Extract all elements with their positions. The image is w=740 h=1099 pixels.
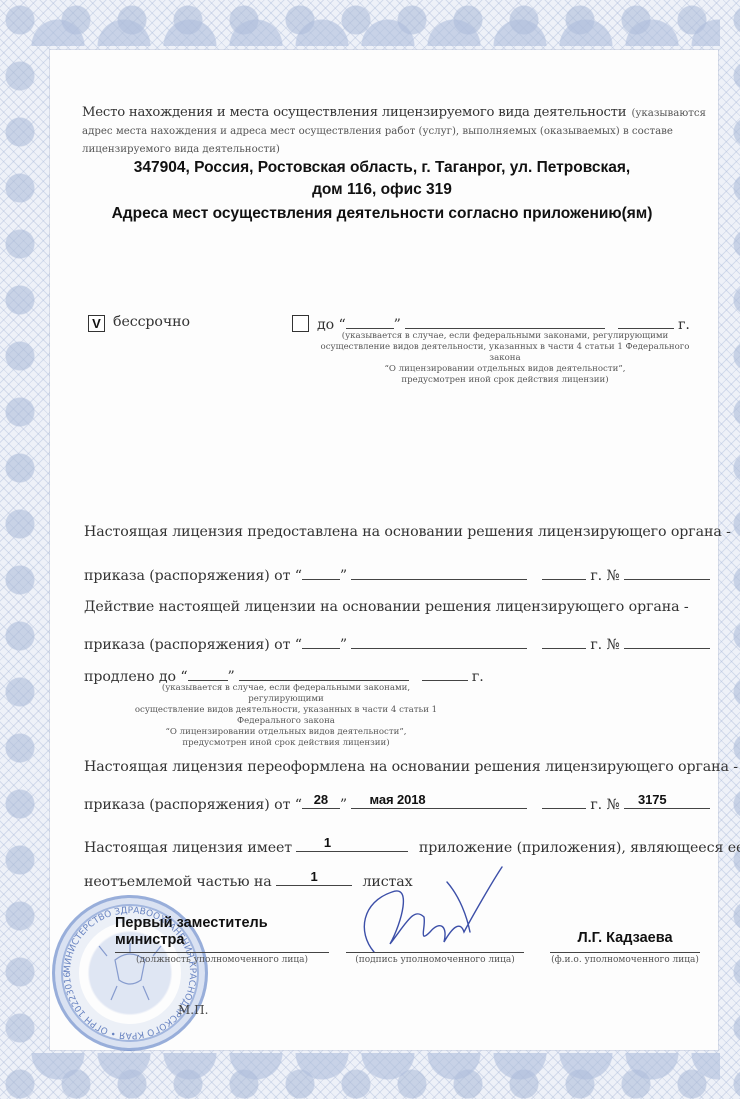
appendix-count-value: 1 — [296, 835, 358, 850]
extended-number-field[interactable] — [624, 634, 710, 649]
term-day-field[interactable] — [346, 314, 394, 329]
granted-year-field[interactable] — [542, 565, 586, 580]
extended-until-year-field[interactable] — [422, 666, 468, 681]
extended-note: (указывается в случае, если федеральными… — [126, 683, 446, 749]
granted-line: Настоящая лицензия предоставлена на осно… — [84, 524, 731, 540]
sheets-count-value: 1 — [276, 869, 352, 884]
term-note-line: “О лицензировании отдельных видов деятел… — [310, 364, 700, 375]
position-title: Первый заместитель министра — [115, 915, 268, 949]
reissued-number-value: 3175 — [624, 792, 680, 807]
sheets-count-field[interactable]: 1 — [276, 871, 352, 886]
extended-until-day-field[interactable] — [188, 666, 228, 681]
year-number-label: г. № — [590, 568, 619, 584]
year-number-label: г. № — [590, 797, 619, 813]
signature-caption: (подпись уполномоченного лица) — [346, 955, 524, 965]
extended-note-line: осуществление видов деятельности, указан… — [126, 705, 446, 727]
extended-until-month-field[interactable] — [239, 666, 409, 681]
address-line-3: Адреса мест осуществления деятельности с… — [82, 205, 682, 223]
reissued-number-field[interactable]: 3175 — [624, 794, 710, 809]
term-note: (указывается в случае, если федеральными… — [310, 331, 700, 386]
order-label: приказа (распоряжения) от — [84, 637, 290, 653]
position-title-line: министра — [115, 932, 268, 949]
handwritten-signature-icon — [352, 862, 512, 962]
open-quote: “ — [295, 637, 302, 653]
open-quote: “ — [295, 797, 302, 813]
location-heading: Место нахождения и места осуществления л… — [82, 105, 626, 120]
reissued-line: Настоящая лицензия переоформлена на осно… — [84, 759, 738, 775]
position-title-line: Первый заместитель — [115, 915, 268, 932]
close-quote: ” — [340, 637, 347, 653]
scallop-border-bottom — [30, 1053, 720, 1087]
address-line-2: дом 116, офис 319 — [82, 181, 682, 199]
extended-note-line: “О лицензировании отдельных видов деятел… — [126, 727, 446, 738]
reissued-day-field[interactable]: 28 — [302, 794, 340, 809]
term-month-field[interactable] — [405, 314, 605, 329]
address-line-1: 347904, Россия, Ростовская область, г. Т… — [82, 159, 682, 177]
name-caption: (ф.и.о. уполномоченного лица) — [550, 955, 700, 965]
year-number-label: г. № — [590, 637, 619, 653]
location-heading-block: Место нахождения и места осуществления л… — [82, 103, 722, 157]
term-note-line: осуществление видов деятельности, указан… — [310, 342, 700, 364]
extended-order-line: приказа (распоряжения) от “” г. № — [84, 634, 710, 653]
appendix-line: Настоящая лицензия имеет 1 приложение (п… — [84, 837, 740, 856]
order-label: приказа (распоряжения) от — [84, 568, 290, 584]
reissued-day-value: 28 — [302, 792, 340, 807]
extended-year-field[interactable] — [542, 634, 586, 649]
seal-label: М.П. — [178, 1003, 208, 1017]
reissued-month-field[interactable]: мая 2018 — [351, 794, 527, 809]
granted-number-field[interactable] — [624, 565, 710, 580]
until-checkbox[interactable] — [292, 315, 309, 332]
appendix-after-label: приложение (приложения), являющееся ее — [419, 840, 740, 856]
order-label: приказа (распоряжения) от — [84, 797, 290, 813]
open-quote: “ — [295, 568, 302, 584]
extended-note-line: (указывается в случае, если федеральными… — [126, 683, 446, 705]
reissued-order-line: приказа (распоряжения) от “28” мая 2018 … — [84, 794, 710, 813]
reissued-month-value: мая 2018 — [351, 792, 527, 807]
granted-order-line: приказа (распоряжения) от “” г. № — [84, 565, 710, 584]
close-quote: ” — [340, 797, 347, 813]
scallop-border-top — [30, 12, 720, 46]
extended-month-field[interactable] — [351, 634, 527, 649]
official-name: Л.Г. Кадзаева — [545, 930, 705, 946]
term-year-field[interactable] — [618, 314, 674, 329]
indefinite-label: бессрочно — [113, 314, 190, 330]
name-line — [550, 952, 700, 953]
position-line — [115, 952, 329, 953]
indefinite-checkbox[interactable]: V — [88, 315, 105, 332]
position-caption: (должность уполномоченного лица) — [115, 955, 329, 965]
term-note-line: предусмотрен иной срок действия лицензии… — [310, 375, 700, 386]
granted-month-field[interactable] — [351, 565, 527, 580]
appendix-has-label: Настоящая лицензия имеет — [84, 840, 292, 856]
term-note-line: (указывается в случае, если федеральными… — [310, 331, 700, 342]
extended-note-line: предусмотрен иной срок действия лицензии… — [126, 738, 446, 749]
close-quote: ” — [340, 568, 347, 584]
integral-label: неотъемлемой частью на — [84, 874, 272, 890]
year-suffix: г. — [472, 669, 484, 685]
appendix-count-field[interactable]: 1 — [296, 837, 408, 852]
signature-line — [346, 952, 524, 953]
granted-day-field[interactable] — [302, 565, 340, 580]
extended-line: Действие настоящей лицензии на основании… — [84, 599, 689, 615]
reissued-year-field[interactable] — [542, 794, 586, 809]
extended-day-field[interactable] — [302, 634, 340, 649]
